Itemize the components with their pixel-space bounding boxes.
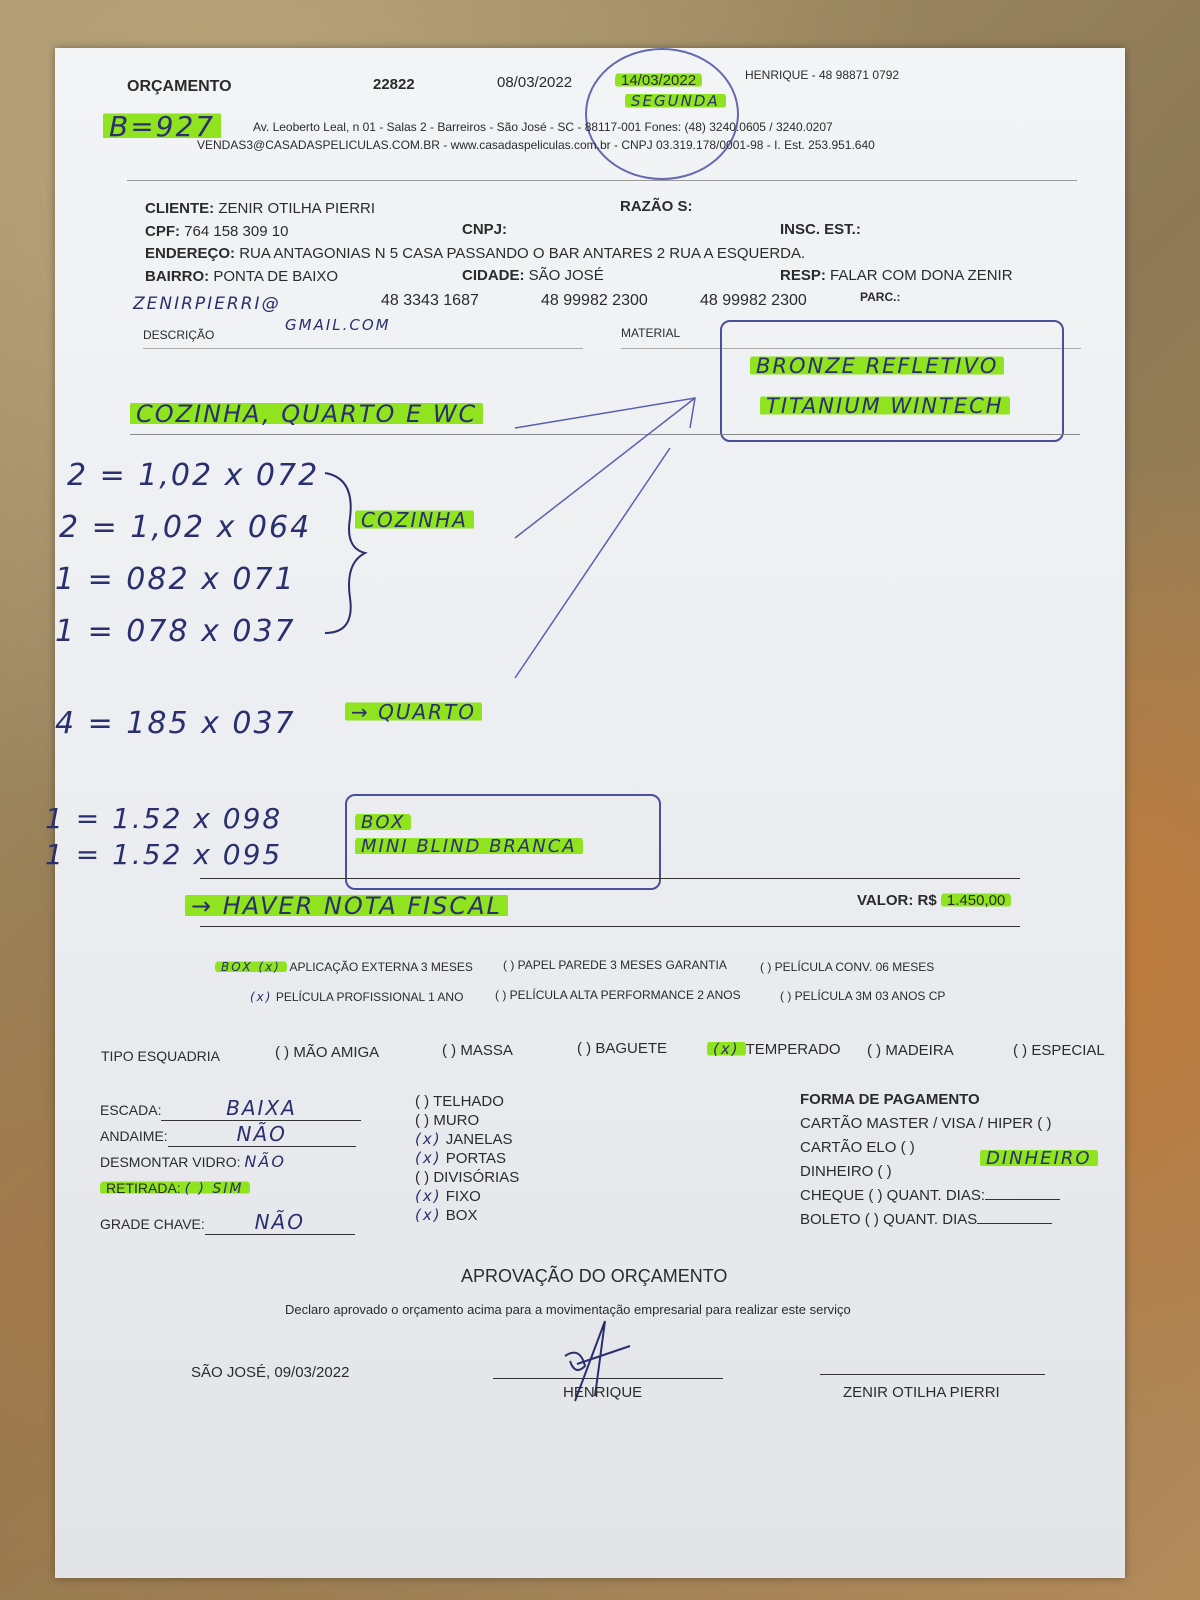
parc-label: PARC.: bbox=[860, 290, 900, 304]
payment-option-boleto[interactable]: BOLETO ( ) QUANT. DIAS bbox=[800, 1208, 1060, 1232]
location-option[interactable]: (x) BOX bbox=[415, 1206, 519, 1225]
cnpj-field: CNPJ: bbox=[462, 221, 507, 238]
item-row: 1 = 1.52 x 095 bbox=[45, 838, 282, 871]
rooms-note: COZINHA, QUARTO E WC bbox=[130, 400, 483, 428]
razao-field: RAZÃO S: bbox=[620, 198, 693, 215]
payment-option-master[interactable]: CARTÃO MASTER / VISA / HIPER ( ) bbox=[800, 1112, 1060, 1136]
group-quarto: → QUARTO bbox=[345, 700, 482, 724]
retirada-field: RETIRADA: ( ) SIM bbox=[100, 1180, 250, 1197]
address-field: ENDEREÇO: RUA ANTAGONIAS N 5 CASA PASSAN… bbox=[145, 245, 805, 262]
issue-date: 08/03/2022 bbox=[497, 74, 572, 91]
location-option[interactable]: ( ) MURO bbox=[415, 1111, 519, 1130]
valor-field: VALOR: R$ 1.450,00 bbox=[857, 892, 1011, 909]
quote-document: ORÇAMENTO 22822 08/03/2022 14/03/2022 SE… bbox=[55, 48, 1125, 1578]
approval-statement: Declaro aprovado o orçamento acima para … bbox=[285, 1302, 851, 1317]
email-note-1: ZENIRPIERRI@ bbox=[133, 294, 281, 314]
signer-1: HENRIQUE bbox=[563, 1384, 642, 1401]
seller-contact: HENRIQUE - 48 98871 0792 bbox=[745, 68, 899, 82]
service-option[interactable]: BOX (x) APLICAÇÃO EXTERNA 3 MESES bbox=[215, 960, 473, 974]
nota-fiscal-note: → HAVER NOTA FISCAL bbox=[185, 892, 508, 920]
item-row: 1 = 1.52 x 098 bbox=[45, 802, 282, 835]
dinheiro-note: DINHEIRO bbox=[980, 1148, 1098, 1169]
item-row: 4 = 185 x 037 bbox=[55, 706, 296, 741]
client-name-field: CLIENTE: ZENIR OTILHA PIERRI bbox=[145, 200, 375, 217]
email-note-2: GMAIL.COM bbox=[285, 316, 391, 334]
bairro-field: BAIRRO: PONTA DE BAIXO bbox=[145, 268, 338, 285]
esquadria-option[interactable]: ( ) MÃO AMIGA bbox=[275, 1044, 379, 1061]
divider bbox=[143, 348, 583, 349]
doc-title: ORÇAMENTO bbox=[127, 78, 232, 96]
location-option[interactable]: (x) FIXO bbox=[415, 1187, 519, 1206]
location-option[interactable]: (x) PORTAS bbox=[415, 1149, 519, 1168]
divider bbox=[200, 878, 1020, 879]
phone-3: 48 99982 2300 bbox=[700, 292, 807, 310]
location-list: ( ) TELHADO ( ) MURO (x) JANELAS (x) POR… bbox=[415, 1092, 519, 1225]
grade-field: GRADE CHAVE:NÃO bbox=[100, 1210, 355, 1235]
service-option[interactable]: ( ) PAPEL PAREDE 3 MESES GARANTIA bbox=[503, 958, 727, 972]
descricao-label: DESCRIÇÃO bbox=[143, 328, 214, 342]
cidade-field: CIDADE: SÃO JOSÉ bbox=[462, 267, 604, 284]
escada-field: ESCADA:BAIXA bbox=[100, 1096, 361, 1121]
insc-field: INSC. EST.: bbox=[780, 221, 861, 238]
service-option[interactable]: (x) PELÍCULA PROFISSIONAL 1 ANO bbox=[250, 990, 463, 1004]
esquadria-label: TIPO ESQUADRIA bbox=[101, 1048, 220, 1064]
location-option[interactable]: ( ) TELHADO bbox=[415, 1092, 519, 1111]
payment-title: FORMA DE PAGAMENTO bbox=[800, 1088, 1060, 1112]
item-row: 2 = 1,02 x 064 bbox=[59, 510, 311, 545]
pen-arrows bbox=[495, 388, 715, 688]
esquadria-option[interactable]: ( ) MADEIRA bbox=[867, 1042, 954, 1059]
item-row: 1 = 078 x 037 bbox=[55, 614, 296, 649]
place-date: SÃO JOSÉ, 09/03/2022 bbox=[191, 1364, 349, 1381]
esquadria-option[interactable]: (x)TEMPERADO bbox=[707, 1040, 841, 1058]
resp-field: RESP: FALAR COM DONA ZENIR bbox=[780, 267, 1013, 284]
company-address: Av. Leoberto Leal, n 01 - Salas 2 - Barr… bbox=[253, 120, 833, 134]
payment-option-cheque[interactable]: CHEQUE ( ) QUANT. DIAS: bbox=[800, 1184, 1060, 1208]
service-option[interactable]: ( ) PELÍCULA 3M 03 ANOS CP bbox=[780, 989, 945, 1003]
company-contact: VENDAS3@CASADASPELICULAS.COM.BR - www.ca… bbox=[197, 138, 875, 152]
material-box bbox=[720, 320, 1064, 442]
desmontar-field: DESMONTAR VIDRO: NÃO bbox=[100, 1152, 286, 1171]
service-option[interactable]: ( ) PELÍCULA CONV. 06 MESES bbox=[760, 960, 934, 974]
andaime-field: ANDAIME:NÃO bbox=[100, 1122, 356, 1147]
phone-1: 48 3343 1687 bbox=[381, 292, 479, 310]
brace-icon bbox=[315, 468, 375, 638]
material-2: TITANIUM WINTECH bbox=[760, 394, 1010, 418]
item-row: 1 = 082 x 071 bbox=[55, 562, 296, 597]
cpf-field: CPF: 764 158 309 10 bbox=[145, 223, 288, 240]
esquadria-option[interactable]: ( ) ESPECIAL bbox=[1013, 1042, 1105, 1059]
service-option[interactable]: ( ) PELÍCULA ALTA PERFORMANCE 2 ANOS bbox=[495, 988, 741, 1002]
pen-circle bbox=[585, 48, 739, 180]
location-option[interactable]: ( ) DIVISÓRIAS bbox=[415, 1168, 519, 1187]
signer-2: ZENIR OTILHA PIERRI bbox=[843, 1384, 1000, 1401]
quote-number: 22822 bbox=[373, 76, 415, 93]
divider bbox=[200, 926, 1020, 927]
signature-line bbox=[820, 1374, 1045, 1375]
esquadria-option[interactable]: ( ) BAGUETE bbox=[577, 1040, 667, 1057]
divider bbox=[127, 180, 1077, 181]
esquadria-option[interactable]: ( ) MASSA bbox=[442, 1042, 513, 1059]
location-option[interactable]: (x) JANELAS bbox=[415, 1130, 519, 1149]
approval-title: APROVAÇÃO DO ORÇAMENTO bbox=[461, 1266, 727, 1287]
group-box: BOX bbox=[355, 812, 411, 833]
group-minibind: MINI BLIND BRANCA bbox=[355, 836, 583, 857]
item-row: 2 = 1,02 x 072 bbox=[67, 458, 319, 493]
material-label: MATERIAL bbox=[621, 326, 680, 340]
material-1: BRONZE REFLETIVO bbox=[750, 354, 1004, 378]
phone-2: 48 99982 2300 bbox=[541, 292, 648, 310]
